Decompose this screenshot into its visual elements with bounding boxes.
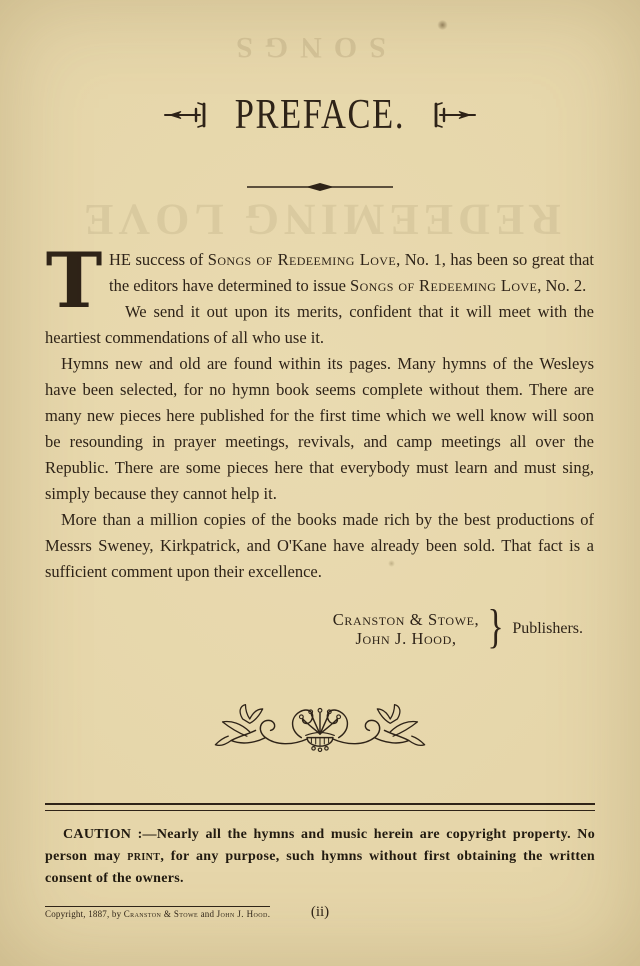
signature-brace: } bbox=[488, 606, 504, 648]
paragraph-text: HE success of Songs of Redeeming Love, N… bbox=[109, 250, 594, 295]
section-divider-icon bbox=[246, 181, 394, 193]
page-title: PREFACE. bbox=[235, 94, 405, 136]
title-flourish-left-icon bbox=[164, 101, 210, 129]
double-rule bbox=[45, 803, 595, 811]
publishers-label: Publishers. bbox=[512, 620, 583, 638]
page-title-row: PREFACE. bbox=[0, 94, 640, 136]
paragraph: Hymns new and old are found within its p… bbox=[45, 351, 594, 507]
drop-cap: T bbox=[45, 249, 103, 321]
title-flourish-right-icon bbox=[430, 101, 476, 129]
publisher-names: Cranston & Stowe, John J. Hood, bbox=[333, 610, 479, 648]
preface-body: THE success of Songs of Redeeming Love, … bbox=[45, 247, 594, 585]
paragraph: We send it out upon its merits, confiden… bbox=[45, 299, 594, 351]
publisher-name: Cranston & Stowe, bbox=[333, 610, 479, 629]
publisher-signature: Cranston & Stowe, John J. Hood, } Publis… bbox=[333, 609, 583, 648]
paragraph: More than a million copies of the books … bbox=[45, 507, 594, 585]
publisher-name: John J. Hood, bbox=[333, 629, 479, 648]
copyright-line: Copyright, 1887, by Cranston & Stowe and… bbox=[45, 906, 270, 919]
imprint-row: Copyright, 1887, by Cranston & Stowe and… bbox=[45, 904, 595, 938]
scan-speck bbox=[437, 20, 448, 30]
floral-ornament-icon bbox=[213, 700, 428, 758]
caution-text: CAUTION :—Nearly all the hymns and music… bbox=[45, 824, 595, 890]
showthrough-redeeming-love-text: REDEEMING LOVE bbox=[53, 194, 587, 245]
paragraph: THE success of Songs of Redeeming Love, … bbox=[45, 247, 594, 299]
showthrough-songs-text: SONGS bbox=[198, 30, 412, 64]
scanned-book-page: { "colors": { "paper": "#e5d5a8", "ink":… bbox=[0, 0, 640, 966]
page-number: (ii) bbox=[311, 904, 329, 921]
page-footer-block: CAUTION :—Nearly all the hymns and music… bbox=[45, 803, 595, 938]
